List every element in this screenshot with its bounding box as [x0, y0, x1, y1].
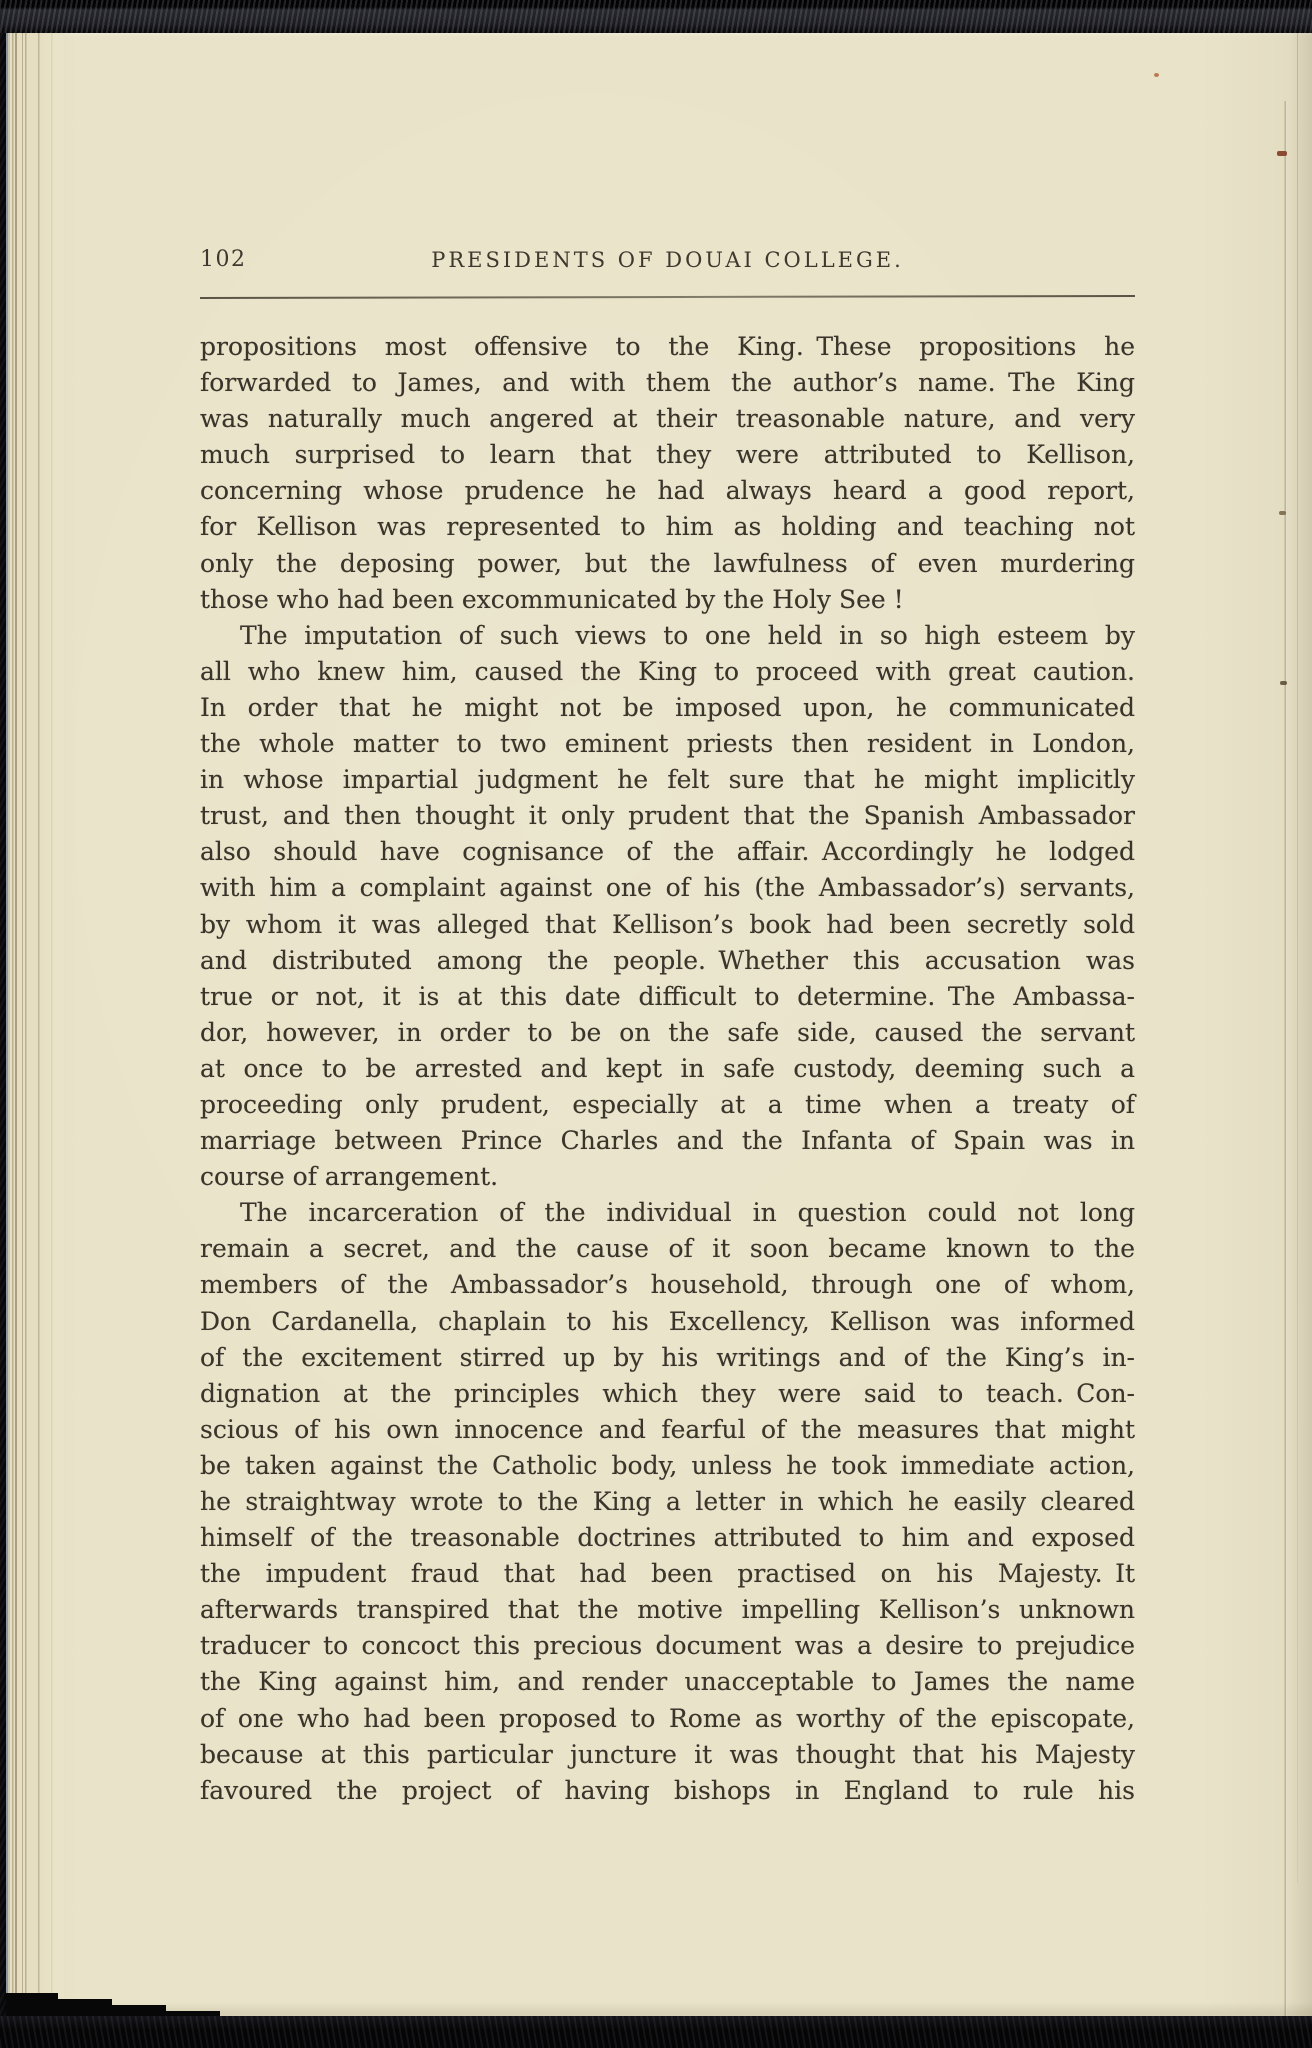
- text-line: the whole matter to two eminent priests …: [200, 726, 1135, 762]
- paper-speck: [1280, 681, 1287, 685]
- text-line: course of arrangement.: [200, 1159, 1135, 1195]
- text-line: members of the Ambassador’s household, t…: [200, 1267, 1135, 1303]
- text-line: forwarded to James, and with them the au…: [200, 365, 1135, 401]
- text-line: scious of his own innocence and fearful …: [200, 1412, 1135, 1448]
- text-line: In order that he might not be imposed up…: [200, 690, 1135, 726]
- running-title: PRESIDENTS OF DOUAI COLLEGE.: [431, 248, 904, 272]
- text-line: also should have cognisance of the affai…: [200, 834, 1135, 870]
- text-line: he straightway wrote to the King a lette…: [200, 1484, 1135, 1520]
- text-line: marriage between Prince Charles and the …: [200, 1123, 1135, 1159]
- text-line: because at this particular juncture it w…: [200, 1737, 1135, 1773]
- text-line: remain a secret, and the cause of it soo…: [200, 1231, 1135, 1267]
- text-line: was naturally much angered at their trea…: [200, 401, 1135, 437]
- text-line: proceeding only prudent, especially at a…: [200, 1087, 1135, 1123]
- text-line: with him a complaint against one of his …: [200, 870, 1135, 906]
- text-line: The imputation of such views to one held…: [200, 618, 1135, 654]
- text-line: all who knew him, caused the King to pro…: [200, 654, 1135, 690]
- text-line: of the excitement stirred up by his writ…: [200, 1340, 1135, 1376]
- book-photo: 102 PRESIDENTS OF DOUAI COLLEGE. proposi…: [0, 0, 1312, 2048]
- text-line: true or not, it is at this date difficul…: [200, 979, 1135, 1015]
- text-line: afterwards transpired that the motive im…: [200, 1592, 1135, 1628]
- text-line: only the deposing power, but the lawfuln…: [200, 546, 1135, 582]
- header-rule: [200, 295, 1135, 299]
- next-page-edge: [1297, 33, 1298, 1883]
- text-line: trust, and then thought it only prudent …: [200, 798, 1135, 834]
- text-line: and distributed among the people. Whethe…: [200, 943, 1135, 979]
- text-line: Don Cardanella, chaplain to his Excellen…: [200, 1304, 1135, 1340]
- text-line: traducer to concoct this precious docume…: [200, 1628, 1135, 1664]
- page-number: 102: [200, 247, 247, 272]
- paper-speck: [1154, 73, 1159, 77]
- book-binding-bottom: [0, 2016, 1312, 2048]
- text-line: dor, however, in order to be on the safe…: [200, 1015, 1135, 1051]
- text-line: the impudent fraud that had been practis…: [200, 1556, 1135, 1592]
- text-line: the King against him, and render unaccep…: [200, 1664, 1135, 1700]
- text-line: favoured the project of having bishops i…: [200, 1773, 1135, 1809]
- paragraph: propositions most offensive to the King.…: [200, 329, 1135, 618]
- page-crease: [1284, 101, 1287, 2016]
- page-edges: [6, 33, 64, 2016]
- page-text: propositions most offensive to the King.…: [200, 329, 1135, 1809]
- text-line: of one who had been proposed to Rome as …: [200, 1701, 1135, 1737]
- paragraph: The incarceration of the individual in q…: [200, 1195, 1135, 1809]
- text-line: dignation at the principles which they w…: [200, 1376, 1135, 1412]
- book-binding-top: [0, 0, 1312, 33]
- page-header: 102 PRESIDENTS OF DOUAI COLLEGE.: [200, 245, 1135, 275]
- text-line: by whom it was alleged that Kellison’s b…: [200, 907, 1135, 943]
- text-line: in whose impartial judgment he felt sure…: [200, 762, 1135, 798]
- text-line: those who had been excommunicated by the…: [200, 582, 1135, 618]
- text-line: much surprised to learn that they were a…: [200, 437, 1135, 473]
- text-line: concerning whose prudence he had always …: [200, 473, 1135, 509]
- text-line: be taken against the Catholic body, unle…: [200, 1448, 1135, 1484]
- text-line: himself of the treasonable doctrines att…: [200, 1520, 1135, 1556]
- paragraph: The imputation of such views to one held…: [200, 618, 1135, 1196]
- book-page: 102 PRESIDENTS OF DOUAI COLLEGE. proposi…: [6, 33, 1312, 2016]
- text-line: at once to be arrested and kept in safe …: [200, 1051, 1135, 1087]
- paper-speck: [1277, 151, 1287, 156]
- text-line: propositions most offensive to the King.…: [200, 329, 1135, 365]
- text-line: The incarceration of the individual in q…: [200, 1195, 1135, 1231]
- paper-speck: [1279, 511, 1286, 515]
- text-line: for Kellison was represented to him as h…: [200, 509, 1135, 545]
